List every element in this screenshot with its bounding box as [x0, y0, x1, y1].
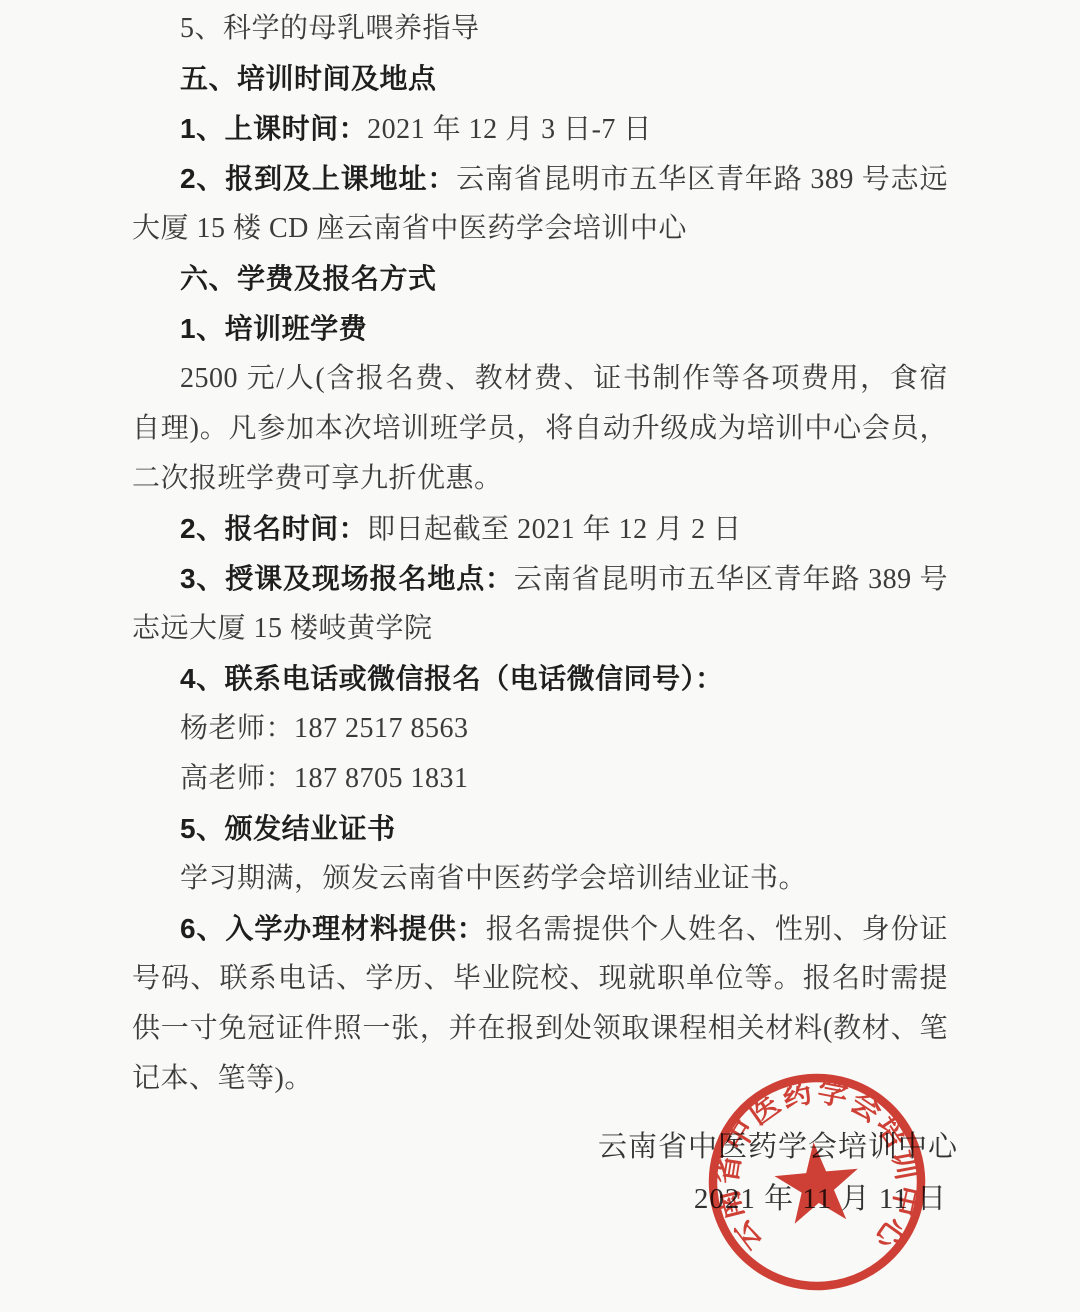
text-line: 高老师：187 8705 1831	[132, 754, 948, 804]
text-line: 供一寸免冠证件照一张，并在报到处领取课程相关材料(教材、笔	[132, 1004, 948, 1054]
text-line: 学习期满，颁发云南省中医药学会培训结业证书。	[132, 854, 948, 904]
text-run: 高老师：187 8705 1831	[180, 763, 469, 794]
text-run: 供一寸免冠证件照一张，并在报到处领取课程相关材料(教材、笔	[132, 1013, 948, 1044]
text-run-bold: 6、入学办理材料提供：	[180, 913, 486, 944]
text-run: 云南省昆明市五华区青年路 389 号	[514, 564, 948, 595]
text-line: 2、报到及上课地址：云南省昆明市五华区青年路 389 号志远	[132, 154, 948, 204]
document-body: 5、科学的母乳喂养指导五、培训时间及地点1、上课时间：2021 年 12 月 3…	[0, 4, 1080, 1104]
text-run-bold: 4、联系电话或微信报名（电话微信同号）：	[180, 663, 724, 694]
text-run-bold: 3、授课及现场报名地点：	[180, 563, 514, 594]
text-run-bold: 五、培训时间及地点	[180, 63, 437, 94]
text-run: 报名需提供个人姓名、性别、身份证	[486, 914, 948, 945]
text-line: 3、授课及现场报名地点：云南省昆明市五华区青年路 389 号	[132, 554, 948, 604]
text-line: 5、颁发结业证书	[132, 804, 948, 854]
text-run: 云南省昆明市五华区青年路 389 号志远	[456, 164, 948, 195]
text-line: 自理)。凡参加本次培训班学员，将自动升级成为培训中心会员，	[132, 404, 948, 454]
text-run-bold: 2、报到及上课地址：	[180, 163, 456, 194]
text-line: 志远大厦 15 楼岐黄学院	[132, 604, 948, 654]
text-line: 1、上课时间：2021 年 12 月 3 日-7 日	[132, 104, 948, 154]
text-run: 2500 元/人(含报名费、教材费、证书制作等各项费用，食宿	[180, 363, 948, 394]
text-line: 六、学费及报名方式	[132, 254, 948, 304]
text-run: 大厦 15 楼 CD 座云南省中医药学会培训中心	[132, 213, 687, 244]
text-line: 4、联系电话或微信报名（电话微信同号）：	[132, 654, 948, 704]
document-page: 5、科学的母乳喂养指导五、培训时间及地点1、上课时间：2021 年 12 月 3…	[0, 0, 1080, 1312]
text-run-bold: 1、培训班学费	[180, 313, 367, 344]
text-line: 2、报名时间：即日起截至 2021 年 12 月 2 日	[132, 504, 948, 554]
text-line: 五、培训时间及地点	[132, 54, 948, 104]
text-run-bold: 六、学费及报名方式	[180, 263, 437, 294]
text-run-bold: 1、上课时间：	[180, 113, 367, 144]
text-run: 号码、联系电话、学历、毕业院校、现就职单位等。报名时需提	[132, 963, 948, 994]
text-run: 记本、笔等)。	[132, 1063, 313, 1094]
text-line: 2500 元/人(含报名费、教材费、证书制作等各项费用，食宿	[132, 354, 948, 404]
text-run-bold: 5、颁发结业证书	[180, 813, 396, 844]
text-run: 即日起截至 2021 年 12 月 2 日	[367, 514, 742, 545]
text-run: 5、科学的母乳喂养指导	[180, 13, 480, 44]
text-line: 大厦 15 楼 CD 座云南省中医药学会培训中心	[132, 204, 948, 254]
text-run: 2021 年 12 月 3 日-7 日	[367, 114, 652, 145]
text-line: 杨老师：187 2517 8563	[132, 704, 948, 754]
text-run: 自理)。凡参加本次培训班学员，将自动升级成为培训中心会员，	[132, 413, 948, 444]
text-line: 二次报班学费可享九折优惠。	[132, 454, 948, 504]
text-line: 6、入学办理材料提供：报名需提供个人姓名、性别、身份证	[132, 904, 948, 954]
text-line: 1、培训班学费	[132, 304, 948, 354]
text-run-bold: 2、报名时间：	[180, 513, 367, 544]
text-run: 杨老师：187 2517 8563	[180, 713, 469, 744]
star-icon	[772, 1139, 862, 1226]
official-seal: 云南省中医药学会培训中心	[687, 1052, 947, 1312]
text-run: 二次报班学费可享九折优惠。	[132, 463, 503, 494]
text-run: 学习期满，颁发云南省中医药学会培训结业证书。	[180, 863, 807, 894]
text-run: 志远大厦 15 楼岐黄学院	[132, 613, 433, 644]
text-line: 号码、联系电话、学历、毕业院校、现就职单位等。报名时需提	[132, 954, 948, 1004]
text-line: 5、科学的母乳喂养指导	[132, 4, 948, 54]
